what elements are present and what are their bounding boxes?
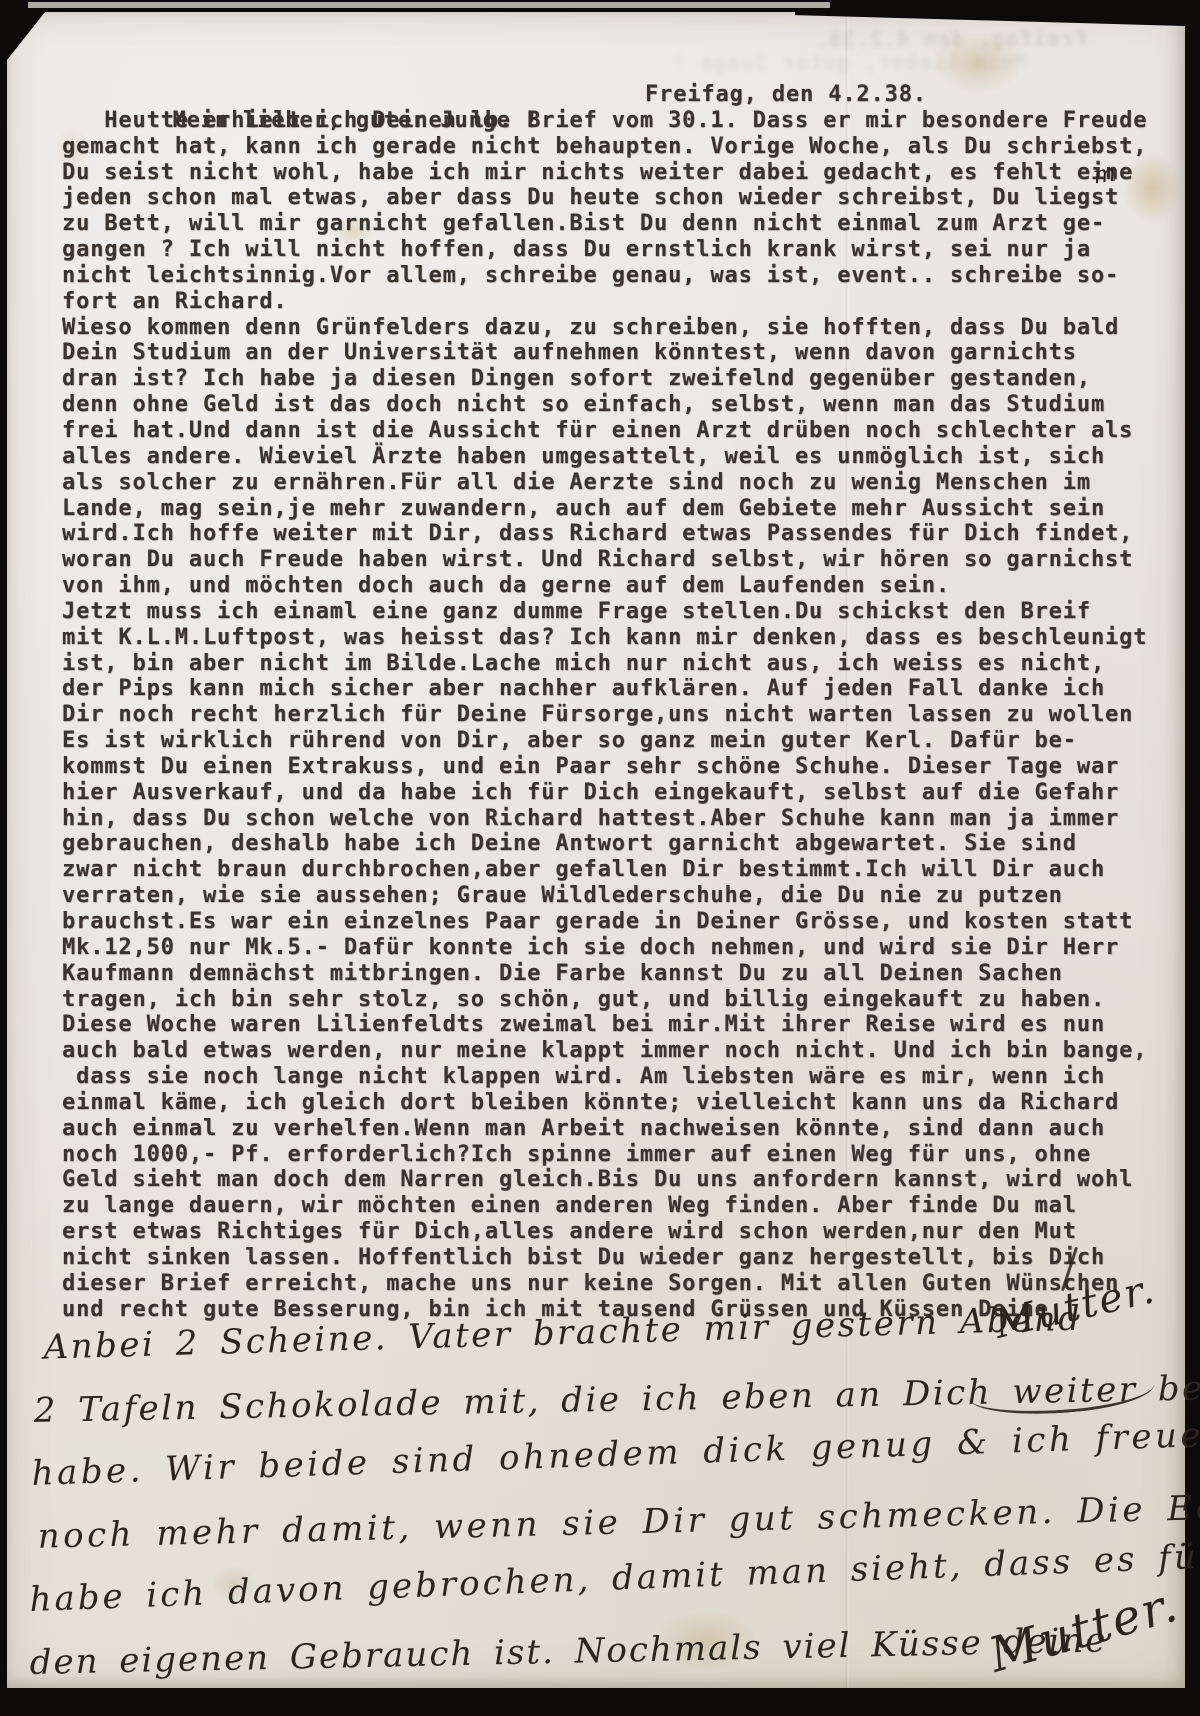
- typed-line: dass sie noch lange nicht klappen wird. …: [62, 1064, 1172, 1090]
- handwritten-margin-note: m: [1091, 159, 1117, 190]
- typed-letter: Mein lieber, guter Junge ! Freifag, den …: [62, 82, 1172, 1323]
- typed-line: dran ist? Ich habe ja diesen Dingen sofo…: [62, 366, 1172, 392]
- typed-line: kommst Du einen Extrakuss, und ein Paar …: [62, 754, 1172, 780]
- typed-line: wird.Ich hoffe weiter mit Dir, dass Rich…: [62, 521, 1172, 547]
- second-sheet-edge: [28, 2, 830, 8]
- salutation: Mein lieber, guter Junge !: [147, 108, 539, 133]
- typed-line: Du seist nicht wohl, habe ich mir nichts…: [62, 160, 1172, 186]
- typed-line: denn ohne Geld ist das doch nicht so ein…: [62, 392, 1172, 418]
- typed-line: fort an Richard.: [62, 289, 1172, 315]
- typed-line: Dir noch recht herzlich für Deine Fürsor…: [62, 702, 1172, 728]
- bleed-through-text: Mein lieber, guter Junge !: [127, 50, 1027, 79]
- typed-line: erst etwas Richtiges für Dich,alles ande…: [62, 1219, 1172, 1245]
- letter-header: Mein lieber, guter Junge ! Freifag, den …: [62, 82, 1172, 108]
- dateline: Freifag, den 4.2.38.: [645, 82, 927, 108]
- typed-line: Lande, mag sein,je mehr zuwandern, auch …: [62, 496, 1172, 522]
- typed-line: gangen ? Ich will nicht hoffen, dass Du …: [62, 237, 1172, 263]
- scan-edge-shadow: [795, 12, 1185, 26]
- typed-line: Wieso kommen denn Grünfelders dazu, zu s…: [62, 315, 1172, 341]
- typed-line: noch 1000,- Pf. erforderlich?Ich spinne …: [62, 1142, 1172, 1168]
- typed-line: jeden schon mal etwas, aber dass Du heut…: [62, 185, 1172, 211]
- typed-line: von ihm, und möchten doch auch da gerne …: [62, 573, 1172, 599]
- typed-line: gemacht hat, kann ich gerade nicht behau…: [62, 134, 1172, 160]
- typed-line: Kaufmann demnächst mitbringen. Die Farbe…: [62, 961, 1172, 987]
- typed-line: Diese Woche waren Lilienfeldts zweimal b…: [62, 1012, 1172, 1038]
- typed-line: einmal käme, ich gleich dort bleiben kön…: [62, 1090, 1172, 1116]
- typed-line: zu lange dauern, wir möchten einen ander…: [62, 1193, 1172, 1219]
- typed-line: Es ist wirklich rührend von Dir, aber so…: [62, 728, 1172, 754]
- typed-line: der Pips kann mich sicher aber nachher a…: [62, 676, 1172, 702]
- typed-line: Mk.12,50 nur Mk.5.- Dafür konnte ich sie…: [62, 935, 1172, 961]
- typed-line: zu Bett, will mir garnicht gefallen.Bist…: [62, 211, 1172, 237]
- typed-line: zwar nicht braun durchbrochen,aber gefal…: [62, 857, 1172, 883]
- typed-line: verraten, wie sie aussehen; Graue Wildle…: [62, 883, 1172, 909]
- letter-page: Freifag, den 4.2.38. Mein lieber, guter …: [7, 12, 1185, 1688]
- typed-line: als solcher zu ernähren.Für all die Aerz…: [62, 470, 1172, 496]
- typed-line: Geld sieht man doch dem Narren gleich.Bi…: [62, 1167, 1172, 1193]
- typed-line: hin, dass Du schon welche von Richard ha…: [62, 806, 1172, 832]
- typed-line: frei hat.Und dann ist die Aussicht für e…: [62, 418, 1172, 444]
- typed-line: brauchst.Es war ein einzelnes Paar gerad…: [62, 909, 1172, 935]
- typed-line: tragen, ich bin sehr stolz, so schön, gu…: [62, 987, 1172, 1013]
- typed-line: auch einmal zu verhelfen.Wenn man Arbeit…: [62, 1116, 1172, 1142]
- typed-body: Heutte erhielt ich Deinen lb. Brief vom …: [62, 108, 1172, 1323]
- typed-line: hier Ausverkauf, und da habe ich für Dic…: [62, 780, 1172, 806]
- typed-line: woran Du auch Freude haben wirst. Und Ri…: [62, 547, 1172, 573]
- typed-line: dieser Brief erreicht, mache uns nur kei…: [62, 1271, 1172, 1297]
- scan-corner-shadow: [7, 12, 45, 60]
- typed-line: gebrauchen, deshalb habe ich Deine Antwo…: [62, 831, 1172, 857]
- typed-line: auch bald etwas werden, nur meine klappt…: [62, 1038, 1172, 1064]
- typed-line: Jetzt muss ich einaml eine ganz dumme Fr…: [62, 599, 1172, 625]
- typed-line: ist, bin aber nicht im Bilde.Lache mich …: [62, 651, 1172, 677]
- typed-line: Dein Studium an der Universität aufnehme…: [62, 340, 1172, 366]
- typed-line: mit K.L.M.Luftpost, was heisst das? Ich …: [62, 625, 1172, 651]
- typed-line: alles andere. Wieviel Ärzte haben umgesa…: [62, 444, 1172, 470]
- typed-line: nicht leichtsinnig.Vor allem, schreibe g…: [62, 263, 1172, 289]
- typed-line: nicht sinken lassen. Hoffentlich bist Du…: [62, 1245, 1172, 1271]
